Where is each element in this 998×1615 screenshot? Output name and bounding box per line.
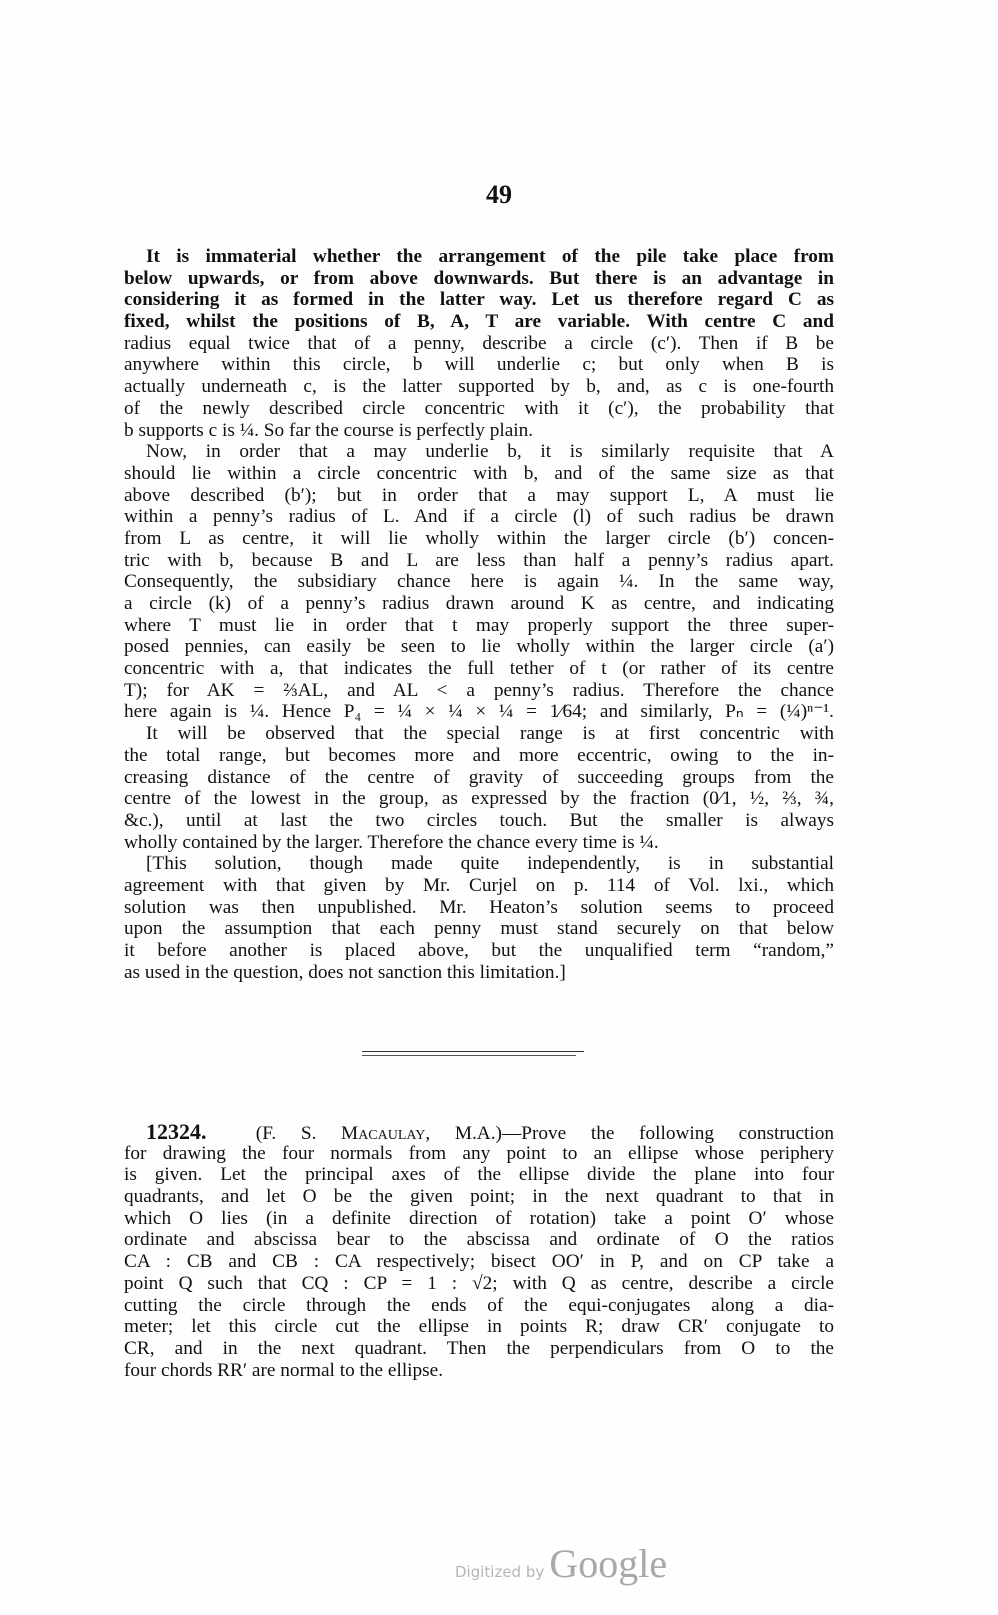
text-line: it before another is placed above, but t… [124,940,834,962]
text-line: T); for AK = ⅔AL, and AL < a penny’s rad… [124,680,834,702]
text-line: b supports c is ¼. So far the course is … [124,420,834,442]
text-line: Consequently, the subsidiary chance here… [124,571,834,593]
section-divider [362,1051,584,1052]
text-line: is given. Let the principal axes of the … [124,1164,834,1186]
text-line: point Q such that CQ : CP = 1 : √2; with… [124,1273,834,1295]
text-line: fixed, whilst the positions of B, A, T a… [124,311,834,333]
text-line: wholly contained by the larger. Therefor… [124,832,834,854]
text-line: four chords RR′ are normal to the ellips… [124,1360,834,1382]
problem-heading-line: 12324. (F. S. Macaulay, M.A.)—Prove the … [124,1121,834,1143]
text-line: anywhere within this circle, b will unde… [124,354,834,376]
text-line: below upwards, or from above downwards. … [124,268,834,290]
text-line: meter; let this circle cut the ellipse i… [124,1316,834,1338]
section-divider-underline [362,1055,576,1056]
google-logo: Google [549,1541,667,1586]
text-line: solution was then unpublished. Mr. Heato… [124,897,834,919]
text-line: posed pennies, can easily be seen to lie… [124,636,834,658]
text-line: concentric with a, that indicates the fu… [124,658,834,680]
text-line: centre of the lowest in the group, as ex… [124,788,834,810]
text-line: which O lies (in a definite direction of… [124,1208,834,1230]
text-line: for drawing the four normals from any po… [124,1143,834,1165]
text-line: &c.), until at last the two circles touc… [124,810,834,832]
text-line: cutting the circle through the ends of t… [124,1295,834,1317]
text-line: should lie within a circle concentric wi… [124,463,834,485]
text-line: as used in the question, does not sancti… [124,962,834,984]
problem-text: 12324. (F. S. Macaulay, M.A.)—Prove the … [124,1121,834,1381]
text-line: Now, in order that a may underlie b, it … [124,441,834,463]
text-line: [This solution, though made quite indepe… [124,853,834,875]
text-line: here again is ¼. Hence P₄ = ¼ × ¼ × ¼ = … [124,701,834,723]
text-line: agreement with that given by Mr. Curjel … [124,875,834,897]
problem-author: (F. S. Macaulay, M.A.) [256,1123,502,1144]
text-line: It will be observed that the special ran… [124,723,834,745]
text-line: It is immaterial whether the arrangement… [124,246,834,268]
text-line: the total range, but becomes more and mo… [124,745,834,767]
digitized-by-google-watermark: Digitized by Google [455,1540,667,1587]
problem-number: 12324. [146,1119,207,1144]
text-line: above described (b′); but in order that … [124,485,834,507]
solution-text: It is immaterial whether the arrangement… [124,246,834,983]
text-line: quadrants, and let O be the given point;… [124,1186,834,1208]
text-line: CR, and in the next quadrant. Then the p… [124,1338,834,1360]
text-line: tric with b, because B and L are less th… [124,550,834,572]
text-line: upon the assumption that each penny must… [124,918,834,940]
text-line: within a penny’s radius of L. And if a c… [124,506,834,528]
text-line: considering it as formed in the latter w… [124,289,834,311]
text-line: ordinate and abscissa bear to the abscis… [124,1229,834,1251]
text-line: actually underneath c, is the latter sup… [124,376,834,398]
page-number: 49 [0,180,998,210]
text-line: creasing distance of the centre of gravi… [124,767,834,789]
text-line: radius equal twice that of a penny, desc… [124,333,834,355]
text-line: CA : CB and CB : CA respectively; bisect… [124,1251,834,1273]
watermark-prefix: Digitized by [455,1563,544,1581]
problem-first-line: —Prove the following construction [502,1123,834,1144]
text-line: a circle (k) of a penny’s radius drawn a… [124,593,834,615]
text-line: from L as centre, it will lie wholly wit… [124,528,834,550]
text-line: where T must lie in order that t may pro… [124,615,834,637]
text-line: of the newly described circle concentric… [124,398,834,420]
